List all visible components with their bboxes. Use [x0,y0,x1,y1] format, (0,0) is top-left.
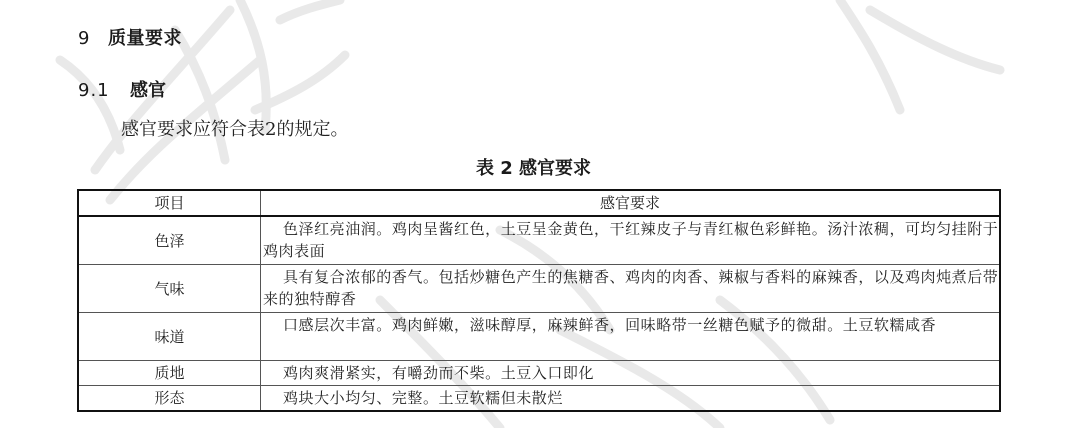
row-item-texture: 质地 [78,361,261,386]
row-requirement-texture: 鸡肉爽滑紧实，有嚼劲而不柴。土豆入口即化 [261,361,1001,386]
table-row: 色泽 色泽红亮油润。鸡肉呈酱红色，土豆呈金黄色，干红辣皮子与青红椒色彩鲜艳。汤汁… [78,216,1000,265]
row-item-aroma: 气味 [78,265,261,313]
sensory-requirements-table: 项目 感官要求 色泽 色泽红亮油润。鸡肉呈酱红色，土豆呈金黄色，干红辣皮子与青红… [77,189,1001,412]
subsection-number: 9.1 [78,80,130,101]
header-requirement: 感官要求 [261,190,1001,216]
subsection-title: 感官 [130,80,166,101]
table-row: 气味 具有复合浓郁的香气。包括炒糖色产生的焦糖香、鸡肉的肉香、辣椒与香料的麻辣香… [78,265,1000,313]
document-page: 9质量要求 9.1感官 感官要求应符合表2的规定。 表 2 感官要求 项目 感官… [0,0,1080,428]
row-requirement-aroma: 具有复合浓郁的香气。包括炒糖色产生的焦糖香、鸡肉的肉香、辣椒与香料的麻辣香，以及… [261,265,1001,313]
row-requirement-color: 色泽红亮油润。鸡肉呈酱红色，土豆呈金黄色，干红辣皮子与青红椒色彩鲜艳。汤汁浓稠，… [261,216,1001,265]
table-caption: 表 2 感官要求 [476,154,591,180]
table-header-row: 项目 感官要求 [78,190,1000,216]
subsection-heading: 9.1感官 [78,76,166,102]
row-requirement-shape: 鸡块大小均匀、完整。土豆软糯但未散烂 [261,386,1001,412]
row-item-taste: 味道 [78,313,261,361]
row-requirement-taste: 口感层次丰富。鸡肉鲜嫩，滋味醇厚，麻辣鲜香，回味略带一丝糖色赋予的微甜。土豆软糯… [261,313,1001,361]
table-row: 质地 鸡肉爽滑紧实，有嚼劲而不柴。土豆入口即化 [78,361,1000,386]
section-number: 9 [78,28,108,49]
body-paragraph: 感官要求应符合表2的规定。 [121,115,348,141]
row-item-color: 色泽 [78,216,261,265]
table-row: 味道 口感层次丰富。鸡肉鲜嫩，滋味醇厚，麻辣鲜香，回味略带一丝糖色赋予的微甜。土… [78,313,1000,361]
section-heading: 9质量要求 [78,24,182,50]
section-title: 质量要求 [108,28,182,49]
row-item-shape: 形态 [78,386,261,412]
header-item: 项目 [78,190,261,216]
table-row: 形态 鸡块大小均匀、完整。土豆软糯但未散烂 [78,386,1000,412]
